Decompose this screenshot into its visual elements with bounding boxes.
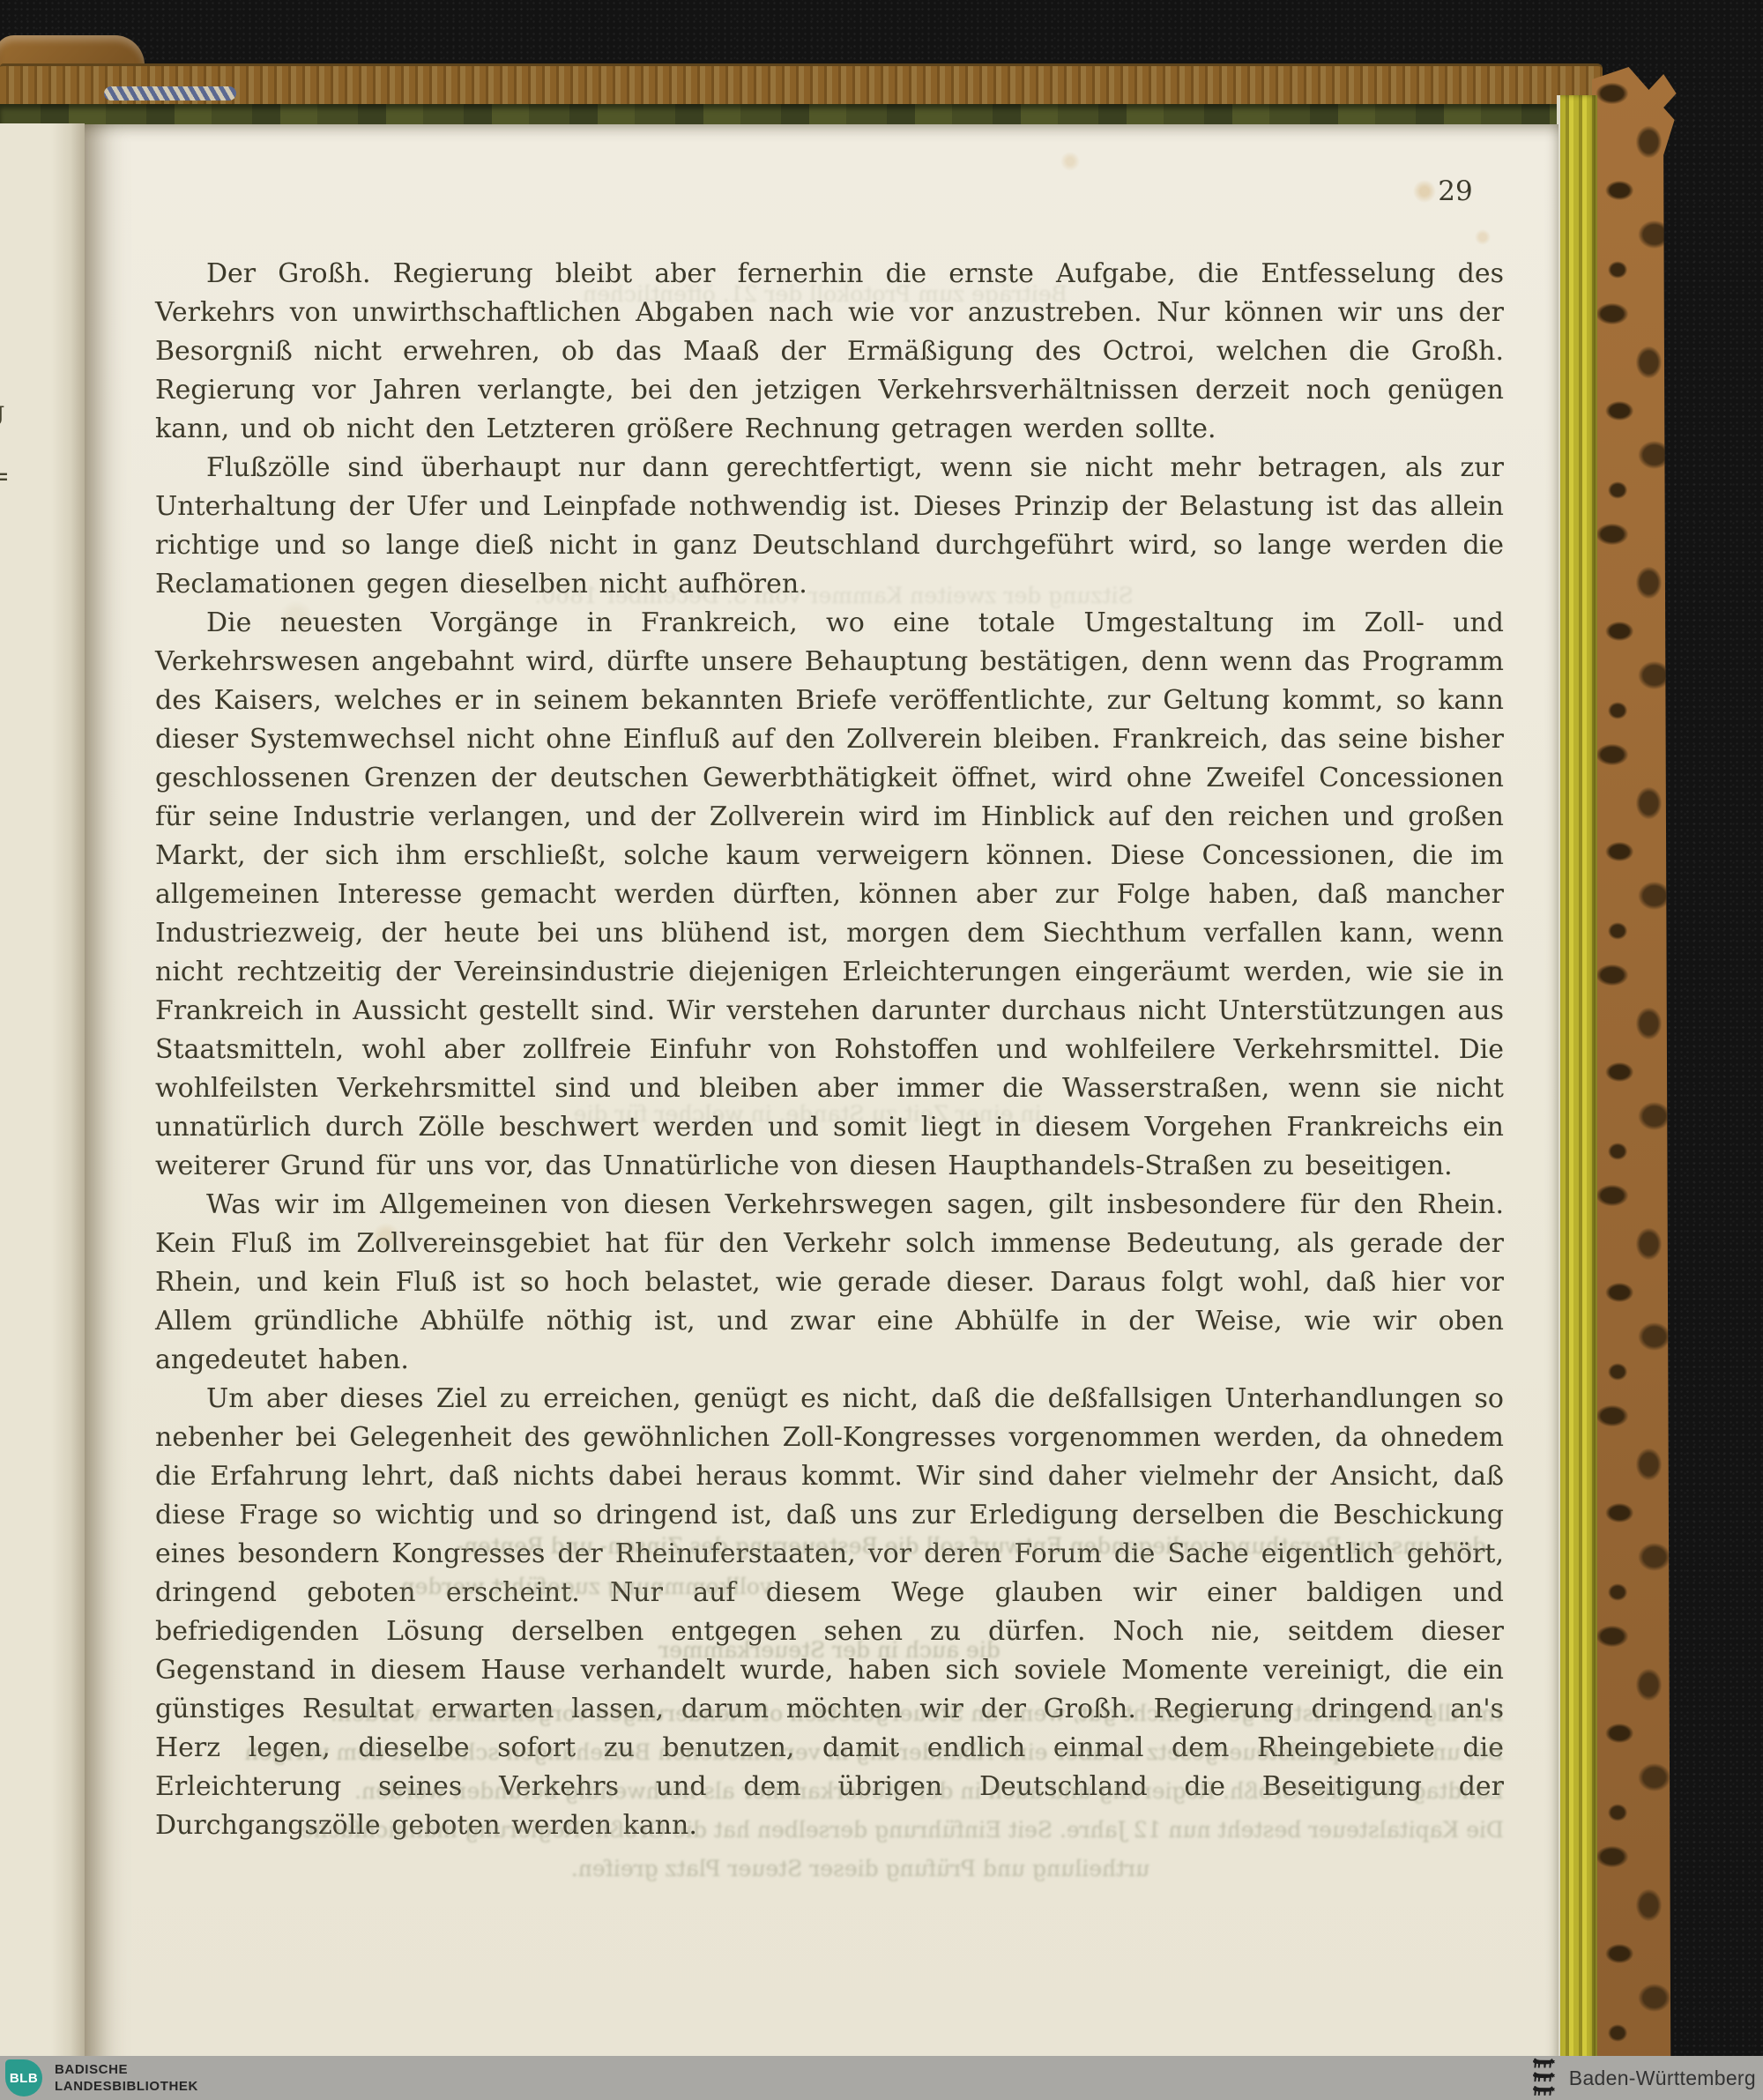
library-name-line1: BADISCHE: [55, 2061, 198, 2078]
book-headband: [104, 86, 236, 101]
library-name: BADISCHE LANDESBIBLIOTHEK: [55, 2061, 198, 2095]
page-block-fore-edges: [1557, 95, 1597, 2100]
footer-bar: BLB BADISCHE LANDESBIBLIOTHEK Baden-Würt…: [0, 2056, 1763, 2100]
facing-page-sliver: s l g =: [0, 123, 85, 2100]
page-number: 29: [1416, 175, 1495, 207]
bleedthrough-underlined-line: die auch in der Steuerkammer: [155, 1637, 1504, 1663]
blb-badge-icon: BLB: [5, 2059, 42, 2096]
scanned-page: 29 Beiträge zum Protokoll der 21. öffent…: [85, 124, 1558, 2100]
bleedthrough-line: urtheilung und Prüfung dieser Steuer Pla…: [420, 1856, 1301, 1881]
book-top-leather-edge: [0, 63, 1603, 107]
bleedthrough-line: Landtage von der Großh. Regierung und au…: [155, 1778, 1504, 1804]
right-cover-board: [1592, 67, 1684, 2100]
three-lions-icon: [1532, 2058, 1560, 2098]
paragraph: Flußzölle sind überhaupt nur dann gerech…: [155, 449, 1504, 604]
bleedthrough-line: vollkommnung zugeführt werden.: [155, 1574, 772, 1599]
paragraph: Was wir im Allgemeinen von diesen Verkeh…: [155, 1186, 1504, 1380]
facing-page-text-fragments: s l g =: [0, 249, 18, 510]
paragraph: Um aber dieses Ziel zu erreichen, genügt…: [155, 1380, 1504, 1845]
scan-viewport: s l g = 29 Beiträge zum Protokoll der 21…: [0, 0, 1763, 2100]
bleedthrough-line: dem uns zur Berathung vorliegenden Entwu…: [349, 1533, 1486, 1559]
bleedthrough-line: Die Kapitalsteuer besteht nun 12 Jahre. …: [155, 1817, 1504, 1843]
paragraph: Der Großh. Regierung bleibt aber fernerh…: [155, 255, 1504, 449]
bleedthrough-line: Im Allgemeinen ist es gewiß nicht gut, w…: [155, 1701, 1504, 1726]
bleedthrough-line: Bei unserm Kapitalsteuergesetz ist aber …: [155, 1739, 1504, 1765]
bw-logo: Baden-Württemberg: [1532, 2056, 1756, 2100]
paragraph: Die neuesten Vorgänge in Frankreich, wo …: [155, 604, 1504, 1186]
bleedthrough-double-rule: die auch in der Steuerkammer: [658, 1637, 1001, 1663]
text-column: Der Großh. Regierung bleibt aber fernerh…: [155, 255, 1504, 1845]
bw-label: Baden-Württemberg: [1569, 2066, 1756, 2090]
library-name-line2: LANDESBIBLIOTHEK: [55, 2078, 198, 2095]
blb-logo: BLB BADISCHE LANDESBIBLIOTHEK: [5, 2059, 198, 2096]
